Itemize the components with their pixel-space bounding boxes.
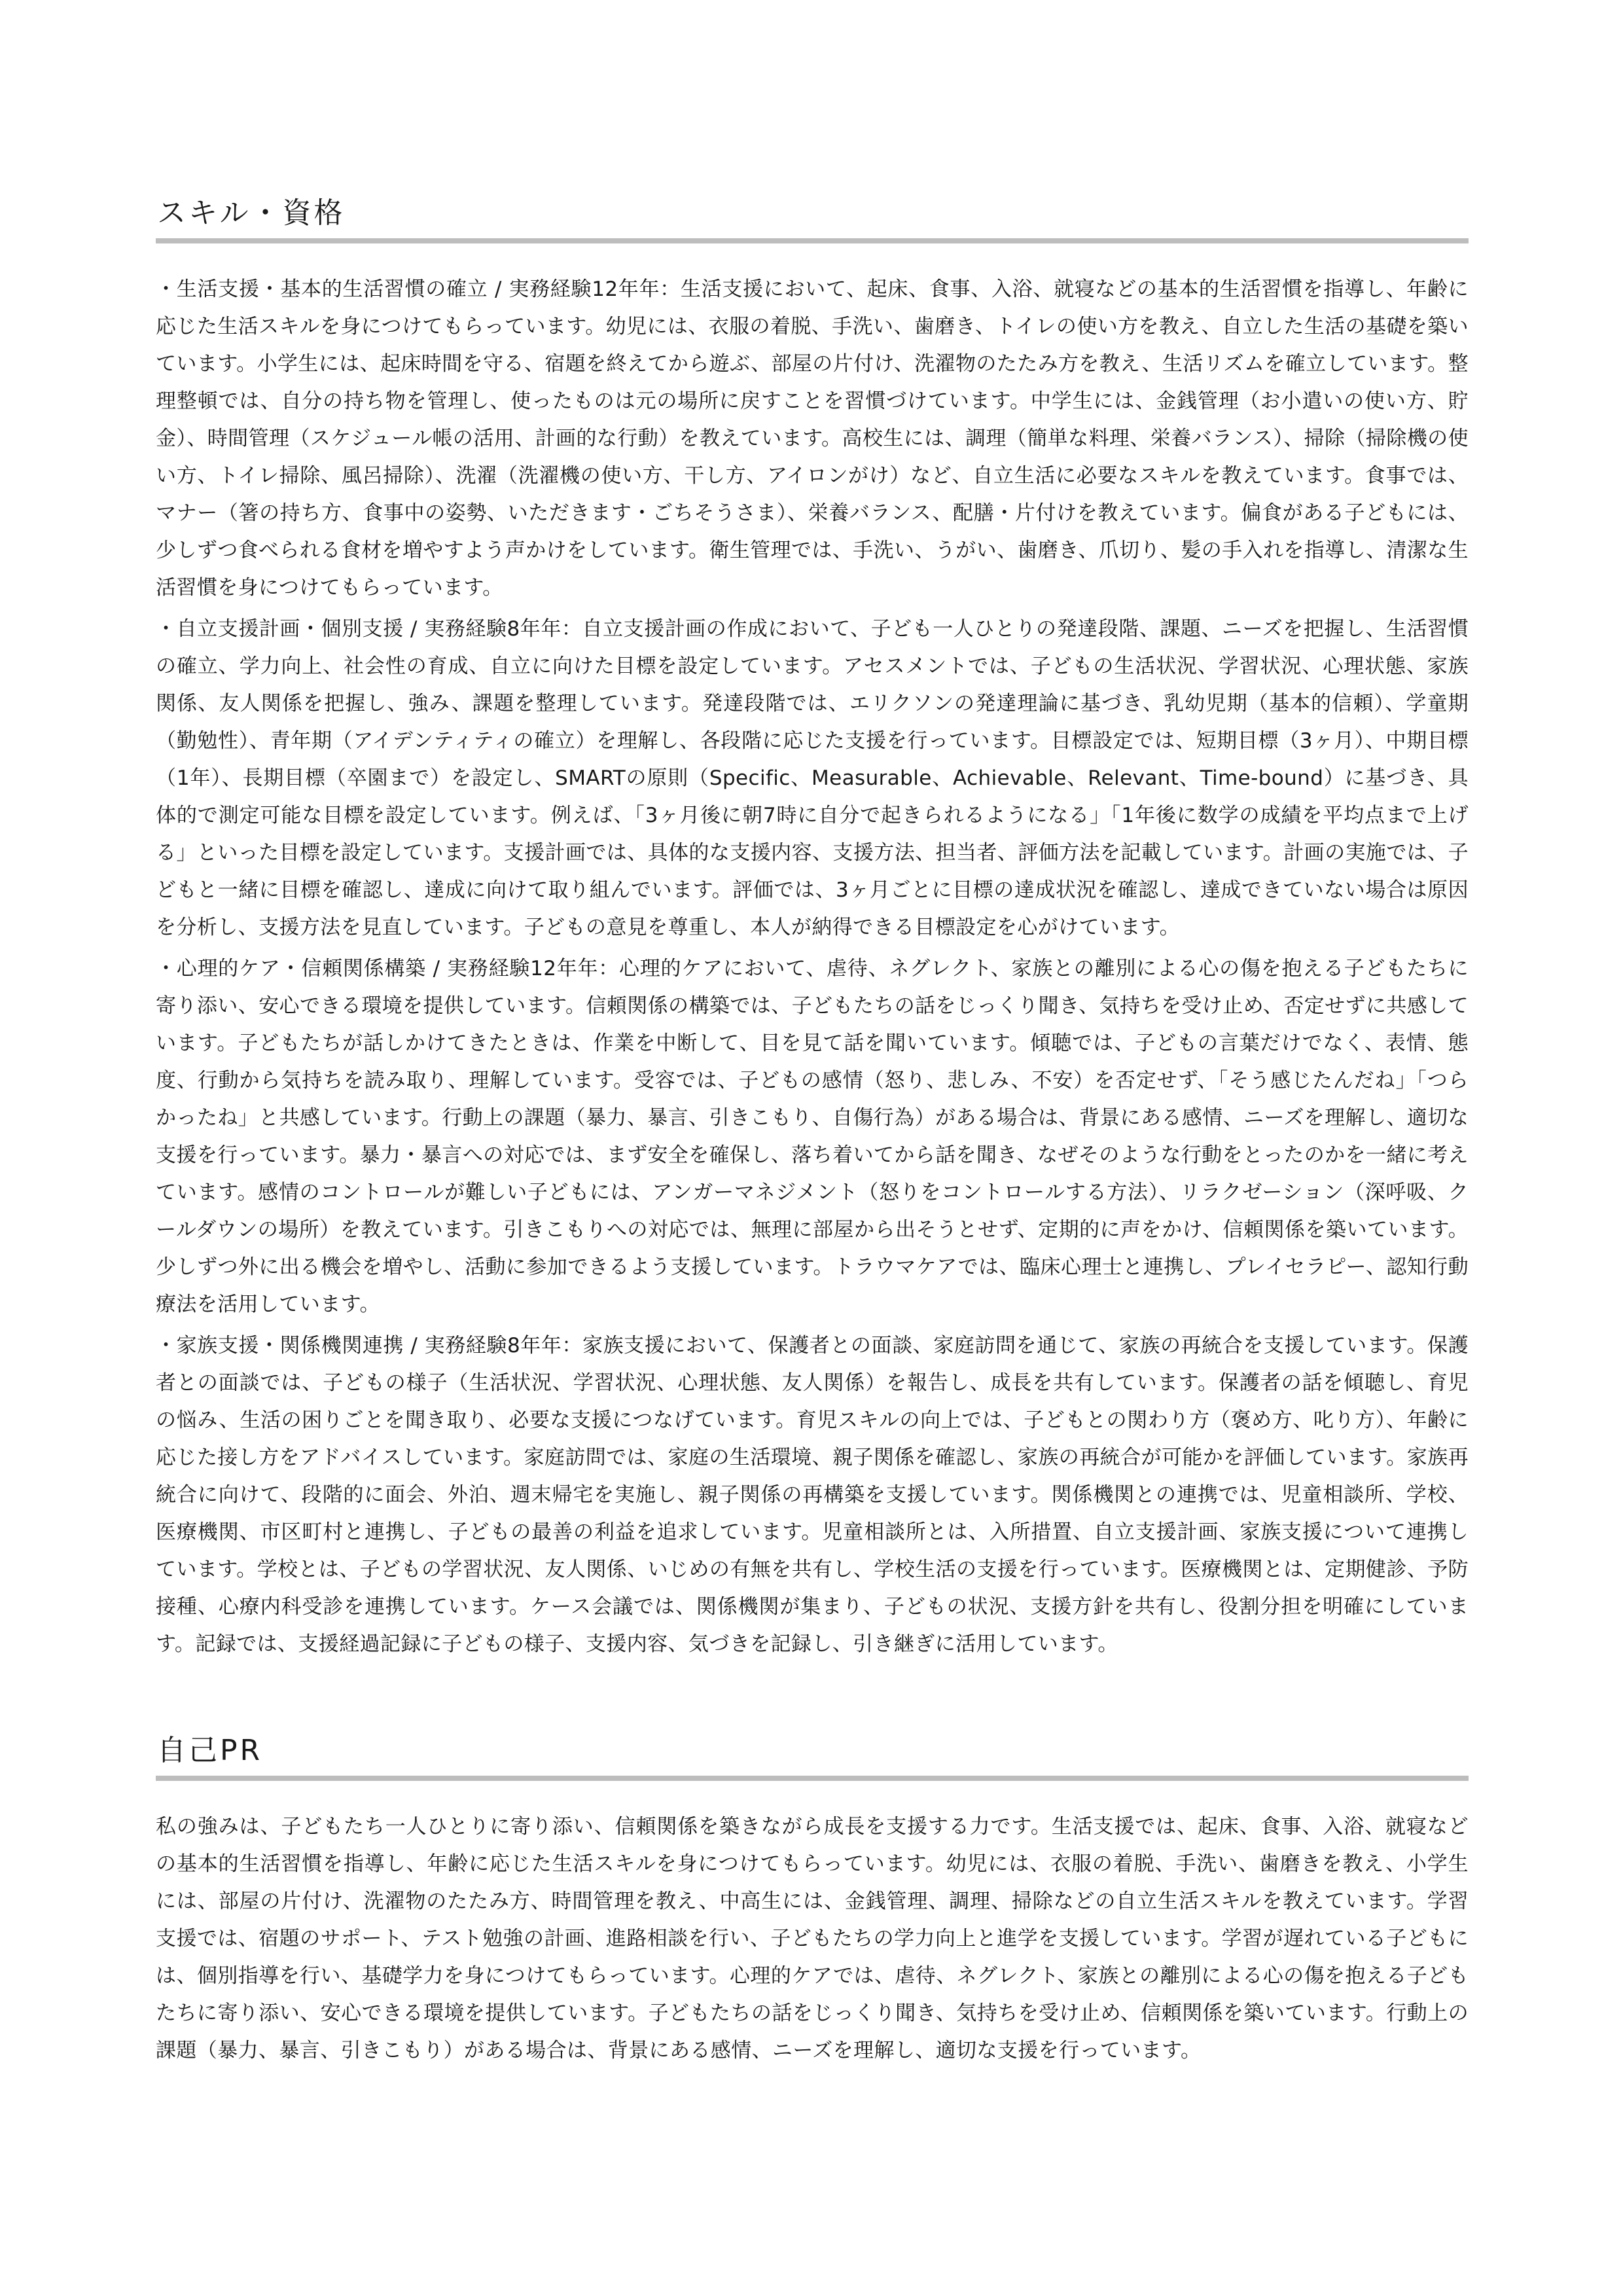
section-divider: [156, 238, 1469, 243]
skills-section: スキル・資格 ・生活支援・基本的生活習慣の確立 / 実務経験12年年：生活支援に…: [156, 194, 1469, 1663]
self-pr-text: 私の強みは、子どもたち一人ひとりに寄り添い、信頼関係を築きながら成長を支援する力…: [156, 1808, 1469, 2070]
resume-page: スキル・資格 ・生活支援・基本的生活習慣の確立 / 実務経験12年年：生活支援に…: [156, 194, 1469, 2073]
skill-item-psychological-care: ・心理的ケア・信頼関係構築 / 実務経験12年年：心理的ケアにおいて、虐待、ネグ…: [156, 950, 1469, 1323]
section-divider: [156, 1776, 1469, 1781]
skill-item-family-support: ・家族支援・関係機関連携 / 実務経験8年年：家族支援において、保護者との面談、…: [156, 1327, 1469, 1663]
skill-item-independence-plan: ・自立支援計画・個別支援 / 実務経験8年年：自立支援計画の作成において、子ども…: [156, 611, 1469, 946]
section-title-self-pr: 自己PR: [156, 1731, 1469, 1770]
section-title-skills: スキル・資格: [156, 194, 1469, 233]
skill-item-life-support: ・生活支援・基本的生活習慣の確立 / 実務経験12年年：生活支援において、起床、…: [156, 271, 1469, 607]
self-pr-section: 自己PR 私の強みは、子どもたち一人ひとりに寄り添い、信頼関係を築きながら成長を…: [156, 1731, 1469, 2070]
